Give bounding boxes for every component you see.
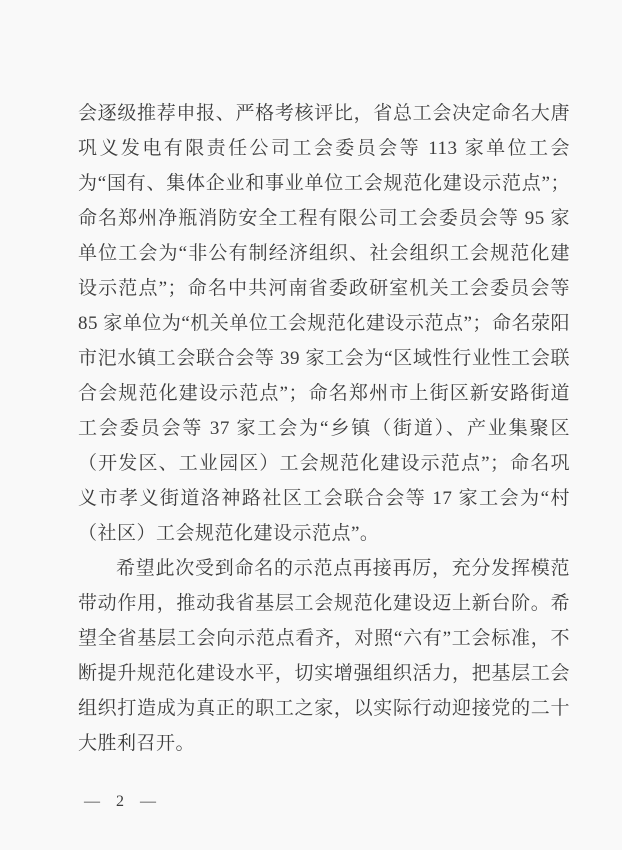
document-page: 会逐级推荐申报、严格考核评比，省总工会决定命名大唐巩义发电有限责任公司工会委员会… (0, 0, 622, 850)
paragraph-1: 会逐级推荐申报、严格考核评比，省总工会决定命名大唐巩义发电有限责任公司工会委员会… (78, 96, 570, 551)
document-body: 会逐级推荐申报、严格考核评比，省总工会决定命名大唐巩义发电有限责任公司工会委员会… (78, 96, 570, 761)
paragraph-2: 希望此次受到命名的示范点再接再厉，充分发挥模范带动作用，推动我省基层工会规范化建… (78, 551, 570, 761)
page-number: — 2 — (84, 792, 157, 812)
